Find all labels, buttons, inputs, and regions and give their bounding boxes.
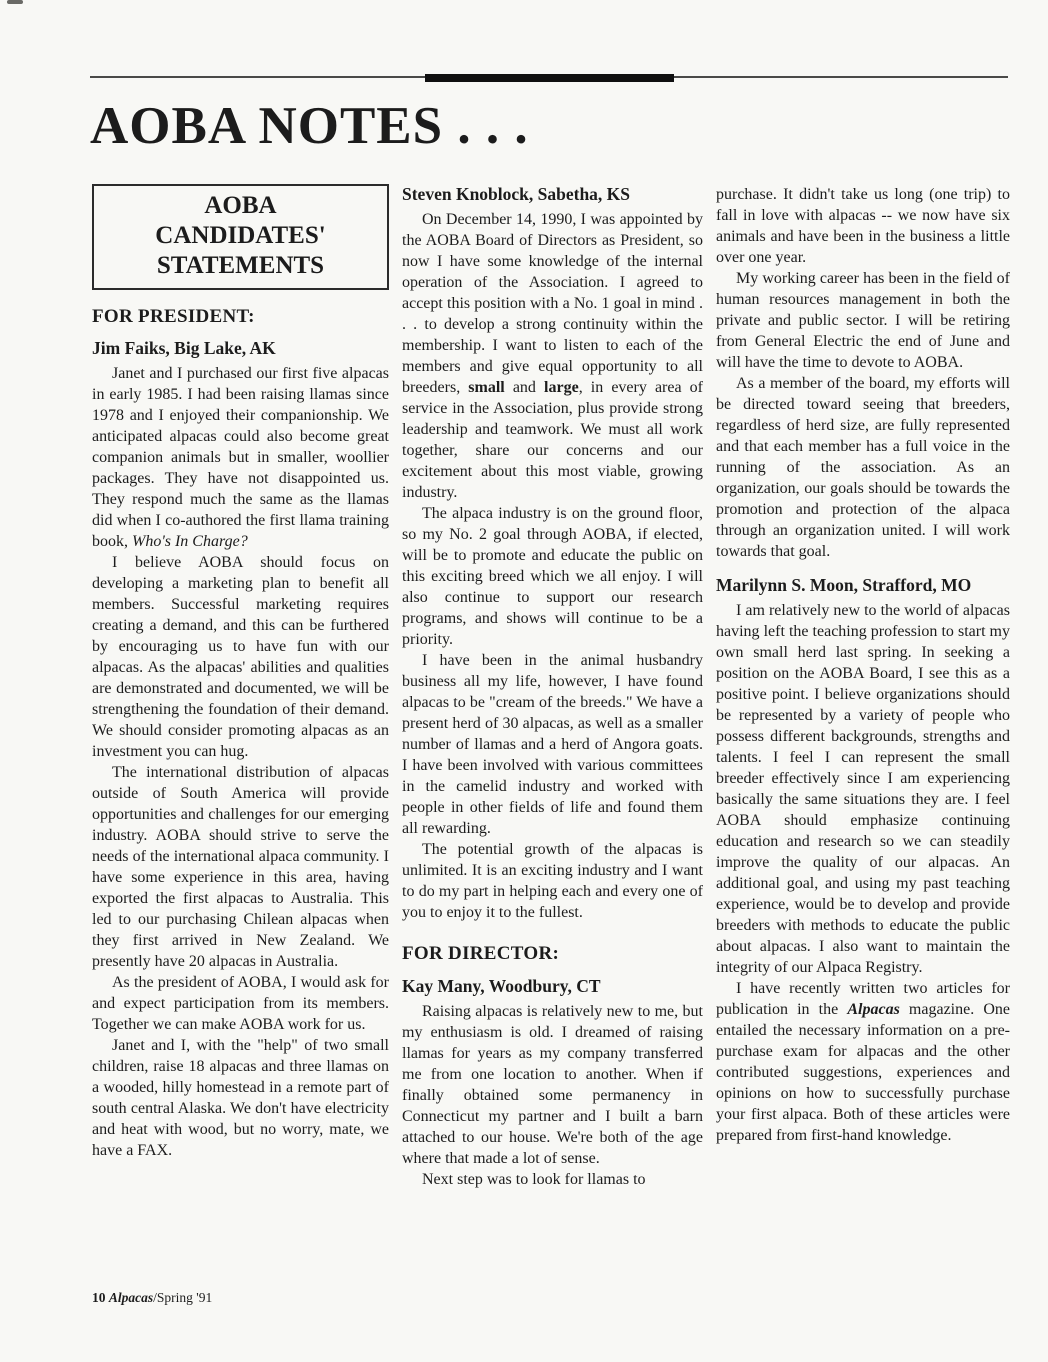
box-line-1: AOBA: [98, 191, 383, 221]
paragraph-faiks-1: Janet and I purchased our first five alp…: [92, 363, 389, 552]
paragraph-many-4: My working career has been in the field …: [716, 268, 1010, 373]
emphasis-small: small: [468, 379, 504, 396]
candidate-name-moon: Marilynn S. Moon, Strafford, MO: [716, 575, 1010, 596]
page-footer: 10 Alpacas/Spring '91: [92, 1290, 212, 1306]
candidates-statements-box: AOBA CANDIDATES' STATEMENTS: [92, 184, 389, 290]
footer-page-number: 10: [92, 1290, 109, 1305]
paragraph-knoblock-2: The alpaca industry is on the ground flo…: [402, 503, 703, 650]
article-columns: AOBA CANDIDATES' STATEMENTS FOR PRESIDEN…: [92, 184, 1010, 1190]
paragraph-knoblock-4: The potential growth of the alpacas is u…: [402, 839, 703, 923]
paragraph-faiks-3: The international distribution of alpaca…: [92, 762, 389, 972]
book-title-italic: Who's In Charge?: [132, 533, 248, 550]
paragraph-knoblock-3: I have been in the animal husbandry busi…: [402, 650, 703, 839]
column-2: Steven Knoblock, Sabetha, KS On December…: [402, 184, 703, 1190]
moon-p2-text-b: magazine. One entailed the necessary inf…: [716, 1001, 1010, 1144]
paragraph-many-3-continued: purchase. It didn't take us long (one tr…: [716, 184, 1010, 268]
paragraph-knoblock-1: On December 14, 1990, I was appointed by…: [402, 209, 703, 503]
scan-artifact: [7, 0, 23, 4]
footer-magazine-name: Alpacas: [109, 1290, 153, 1305]
faiks-p1-text: Janet and I purchased our first five alp…: [92, 365, 389, 550]
paragraph-many-1: Raising alpacas is relatively new to me,…: [402, 1001, 703, 1169]
magazine-title-italic: Alpacas: [847, 1001, 899, 1018]
paragraph-many-2: Next step was to look for llamas to: [402, 1169, 703, 1190]
column-3: purchase. It didn't take us long (one tr…: [716, 184, 1010, 1190]
section-heading-president: FOR PRESIDENT:: [92, 306, 389, 328]
candidate-name-many: Kay Many, Woodbury, CT: [402, 976, 703, 997]
paragraph-faiks-5: Janet and I, with the "help" of two smal…: [92, 1035, 389, 1161]
paragraph-faiks-4: As the president of AOBA, I would ask fo…: [92, 972, 389, 1035]
knoblock-p1-text-a: On December 14, 1990, I was appointed by…: [402, 211, 703, 396]
knoblock-p1-text-c: , in every area of service in the Associ…: [402, 379, 703, 501]
emphasis-large: large: [544, 379, 579, 396]
paragraph-moon-1: I am relatively new to the world of alpa…: [716, 600, 1010, 978]
magazine-page: AOBA NOTES . . . AOBA CANDIDATES' STATEM…: [0, 0, 1048, 1362]
paragraph-moon-2: I have recently written two articles for…: [716, 978, 1010, 1146]
page-title: AOBA NOTES . . .: [90, 96, 529, 156]
box-line-2: CANDIDATES': [98, 221, 383, 251]
top-rule-accent: [425, 74, 674, 82]
paragraph-faiks-2: I believe AOBA should focus on developin…: [92, 552, 389, 762]
box-line-3: STATEMENTS: [98, 251, 383, 281]
paragraph-many-5: As a member of the board, my efforts wil…: [716, 373, 1010, 562]
column-1: AOBA CANDIDATES' STATEMENTS FOR PRESIDEN…: [92, 184, 389, 1190]
candidate-name-faiks: Jim Faiks, Big Lake, AK: [92, 338, 389, 359]
section-heading-director: FOR DIRECTOR:: [402, 943, 703, 965]
candidate-name-knoblock: Steven Knoblock, Sabetha, KS: [402, 184, 703, 205]
knoblock-p1-text-b: and: [505, 379, 544, 396]
footer-issue: /Spring '91: [153, 1290, 212, 1305]
